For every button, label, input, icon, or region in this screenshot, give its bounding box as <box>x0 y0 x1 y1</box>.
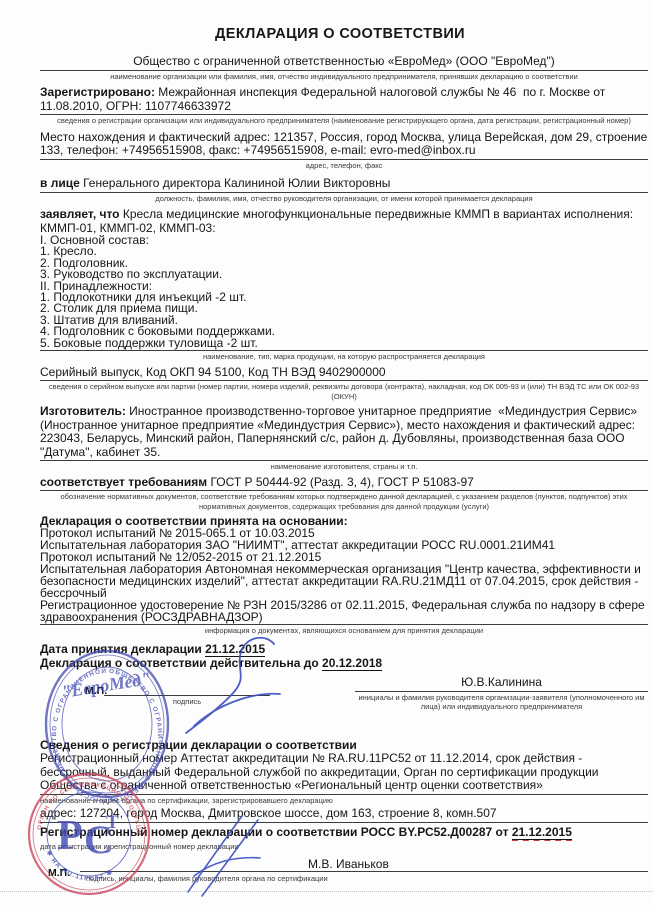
registration-body-caption: наименование и адрес органа по сертифика… <box>40 795 648 806</box>
composition-list: I. Основной состав: 1. Кресло. 2. Подгол… <box>40 235 648 351</box>
conformity-caption: обозначение нормативных документов, соот… <box>40 491 648 511</box>
cert-body-address: адрес: 127204, город Москва, Дмитровское… <box>40 807 648 823</box>
adoption-date-line: Дата принятия декларации 21.12.2015 <box>40 642 648 657</box>
adoption-date-value: 21.12.2015 <box>205 642 265 657</box>
declares-label: заявляет, что <box>40 207 120 221</box>
manufacturer-caption: наименование изготовителя, страны и т.п. <box>40 461 648 472</box>
registration-number-caption: дата регистрации и регистрационный номер… <box>40 841 648 852</box>
declarant-head-name: Ю.В.Калинина <box>355 675 648 692</box>
person-value: Генерального директора Калининой Юлии Ви… <box>80 176 391 190</box>
signature-caption: подпись <box>104 697 270 706</box>
registered-label: Зарегистрировано: <box>40 85 155 99</box>
document-title: ДЕКЛАРАЦИЯ О СООТВЕТСТВИИ <box>40 26 640 42</box>
list-item: 1. Кресло. <box>40 246 648 257</box>
registration-title: Сведения о регистрации декларации о соот… <box>40 739 648 753</box>
registration-number-label: Регистрационный номер декларации о соотв… <box>40 825 512 839</box>
declarant-address: Место нахождения и фактический адрес: 12… <box>40 131 648 160</box>
registration-date-red-underline: 21.12.2015 <box>512 826 572 841</box>
basis-line: Регистрационное удостоверение № РЗН 2015… <box>40 599 648 623</box>
declaration-registration-block: Сведения о регистрации декларации о соот… <box>40 739 648 806</box>
manufacturer-line: Изготовитель: Иностранное производственн… <box>40 405 648 461</box>
declarant-name: Общество с ограниченной ответственностью… <box>40 55 648 71</box>
declarant-signature-row: М.П. подпись Ю.В.Калинина инициалы и фам… <box>40 675 648 721</box>
scan-artifact-line <box>0 891 653 892</box>
basis-line: Испытательная лаборатория Автономная нек… <box>40 563 648 599</box>
address-caption: адрес, телефон, факс <box>40 160 648 171</box>
manufacturer-block: Изготовитель: Иностранное производственн… <box>40 405 648 472</box>
declarant-name-caption: наименование организации или фамилия, им… <box>40 71 648 82</box>
person-line: в лице Генерального директора Калининой … <box>40 177 648 193</box>
signature-line-2 <box>80 871 648 872</box>
declares-line: заявляет, что Кресла медицинские многофу… <box>40 208 648 235</box>
registered-caption: сведения о регистрации организации или и… <box>40 115 648 126</box>
basis-caption: информация о документах, являющихся осно… <box>40 625 648 636</box>
valid-date-line: Декларация о соответствии действительна … <box>40 656 648 671</box>
product-block: заявляет, что Кресла медицинские многофу… <box>40 208 648 362</box>
basis-block: Декларация о соответствии принята на осн… <box>40 515 648 636</box>
cert-head-name: М.В. Иваньков <box>308 857 389 871</box>
dates-block: Дата принятия декларации 21.12.2015 Декл… <box>40 642 648 671</box>
registered-line: Зарегистрировано: Межрайонная инспекция … <box>40 86 648 115</box>
declarant-head-name-block: Ю.В.Калинина инициалы и фамилия руководи… <box>355 675 648 712</box>
declares-value: Кресла медицинские многофункциональные п… <box>40 207 633 235</box>
manufacturer-value: Иностранное производственно-торговое уни… <box>40 404 637 459</box>
adoption-date-label: Дата принятия декларации <box>40 642 205 656</box>
conformity-label: соответствует требованиям <box>40 475 207 489</box>
registration-info-block: Зарегистрировано: Межрайонная инспекция … <box>40 86 648 126</box>
list-item: I. Основной состав: <box>40 235 648 246</box>
cert-signature-caption: подпись, инициалы, фамилия руководителя … <box>86 874 328 883</box>
serial-line: Серийный выпуск, Код ОКП 94 5100, Код ТН… <box>40 366 648 382</box>
registration-date-value: 21.12.2015 <box>512 825 572 840</box>
valid-date-label: Декларация о соответствии действительна … <box>40 656 322 670</box>
list-item: 5. Боковые поддержки туловища -2 шт. <box>40 338 648 349</box>
address-block: Место нахождения и фактический адрес: 12… <box>40 131 648 171</box>
serial-block: Серийный выпуск, Код ОКП 94 5100, Код ТН… <box>40 366 648 402</box>
signature-line <box>104 695 270 696</box>
conformity-value: ГОСТ Р 50444-92 (Разд. 3, 4), ГОСТ Р 510… <box>207 475 474 489</box>
manufacturer-label: Изготовитель: <box>40 404 126 418</box>
person-label: в лице <box>40 176 80 190</box>
registration-body: Регистрационный номер Аттестат аккредита… <box>40 752 648 795</box>
declarant-head-caption: инициалы и фамилия руководителя организа… <box>355 692 648 712</box>
person-caption: должность, фамилия, имя, отчество руково… <box>40 193 648 204</box>
serial-caption: сведения о серийном выпуске или партии (… <box>40 381 648 401</box>
cert-body-address-block: адрес: 127204, город Москва, Дмитровское… <box>40 807 648 823</box>
conformity-block: соответствует требованиям ГОСТ Р 50444-9… <box>40 476 648 512</box>
valid-date-value: 20.12.2018 <box>322 656 382 671</box>
declaration-document: ДЕКЛАРАЦИЯ О СООТВЕТСТВИИ Общество с огр… <box>0 0 653 905</box>
person-block: в лице Генерального директора Калининой … <box>40 177 648 203</box>
composition-caption: наименование, тип, марка продукции, на к… <box>40 351 648 362</box>
conformity-line: соответствует требованиям ГОСТ Р 50444-9… <box>40 476 648 492</box>
basis-lines: Протокол испытаний № 2015-065.1 от 10.03… <box>40 527 648 625</box>
seal-place-label-2: М.П. <box>48 867 70 879</box>
registration-number-line: Регистрационный номер декларации о соотв… <box>40 826 648 841</box>
